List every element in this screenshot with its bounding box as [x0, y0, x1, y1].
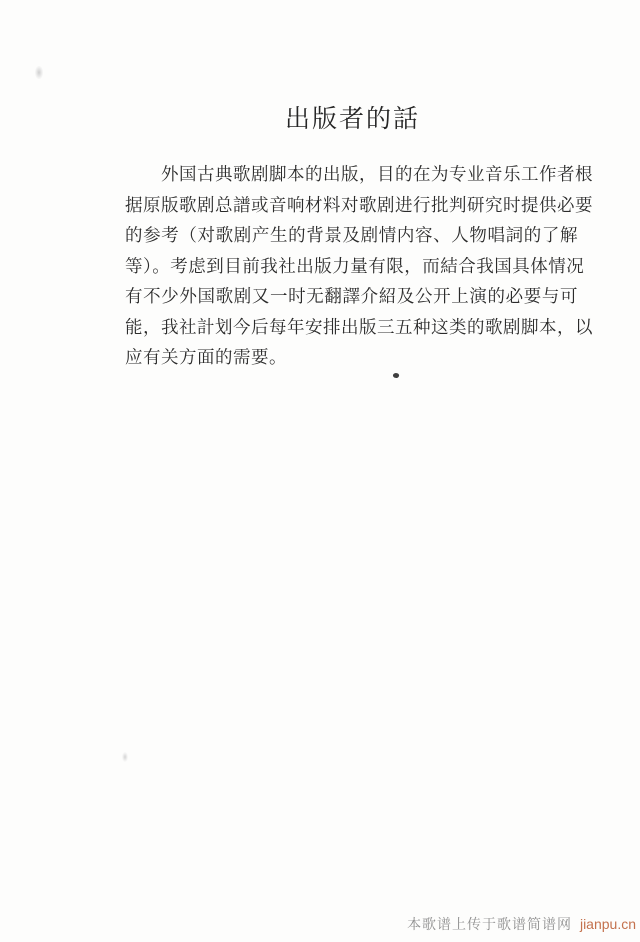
scan-speck — [35, 66, 43, 79]
publisher-note-paragraph: 外国古典歌剧脚本的出版，目的在为专业音乐工作者根 据原版歌剧总譜或音响材料对歌剧… — [125, 159, 578, 373]
scan-speck — [122, 752, 128, 762]
watermark: 本歌谱上传于歌谱简谱网 jianpu.cn — [407, 914, 636, 934]
page-title: 出版者的話 — [125, 99, 580, 135]
paragraph-line: 等）。考虑到目前我社出版力量有限，而結合我国具体情况 — [125, 251, 578, 282]
watermark-text: 本歌谱上传于歌谱简谱网 — [407, 916, 572, 932]
watermark-site-url: jianpu.cn — [580, 916, 636, 932]
paragraph-line: 的参考（对歌剧产生的背景及剧情内容、人物唱詞的了解 — [125, 220, 578, 251]
paragraph-line: 应有关方面的需要。 — [125, 342, 578, 373]
paragraph-line: 有不少外国歌剧又一时无翻譯介紹及公开上演的必要与可 — [125, 281, 578, 312]
paragraph-line: 据原版歌剧总譜或音响材料对歌剧进行批判研究时提供必要 — [125, 190, 578, 221]
scanned-book-page: 出版者的話 外国古典歌剧脚本的出版，目的在为专业音乐工作者根 据原版歌剧总譜或音… — [0, 0, 640, 942]
paragraph-line: 外国古典歌剧脚本的出版，目的在为专业音乐工作者根 — [125, 159, 578, 190]
scan-speck — [392, 372, 399, 379]
paragraph-line: 能，我社計划今后每年安排出版三五种这类的歌剧脚本，以 — [125, 312, 578, 343]
